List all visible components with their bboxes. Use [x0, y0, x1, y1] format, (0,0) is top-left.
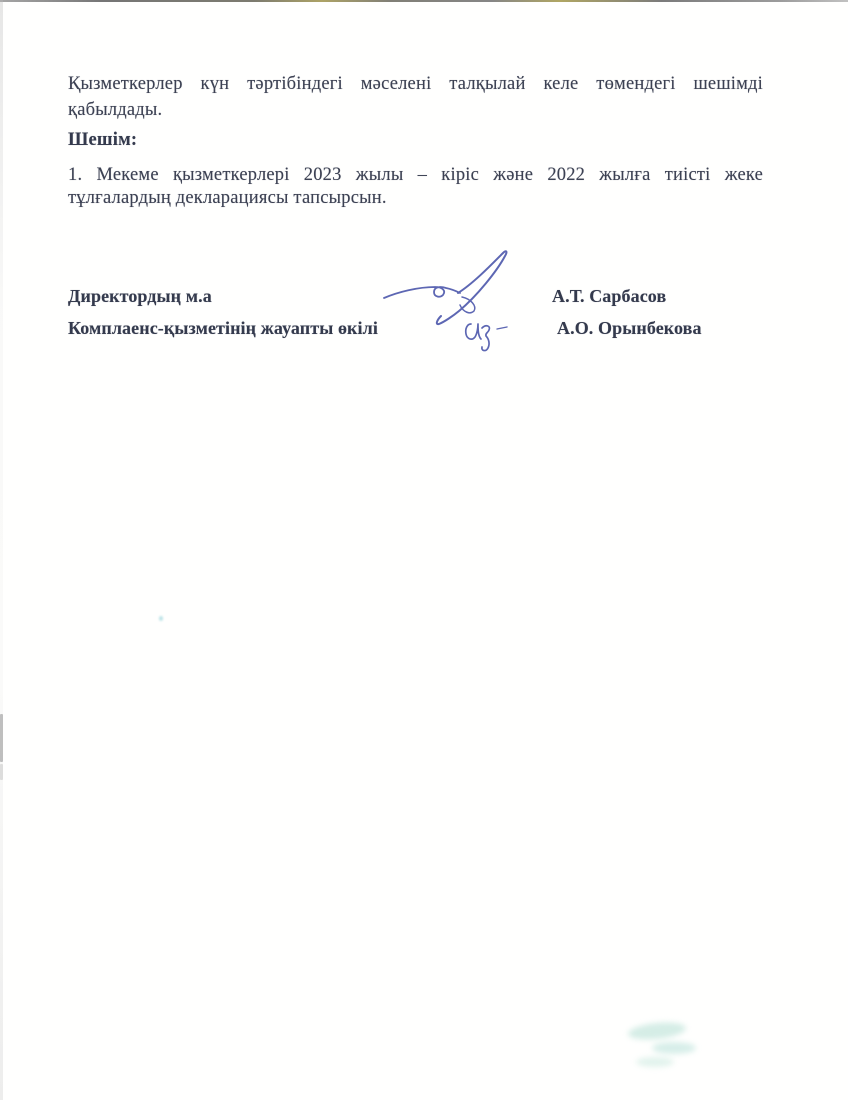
signature-title-compliance: Комплаенс-қызметінің жауапты өкілі — [68, 318, 378, 339]
scanned-document-page: Қызметкерлер күн тәртібіндегі мәселені т… — [0, 0, 848, 1100]
signature-name-compliance: А.О. Орынбекова — [557, 318, 702, 339]
scan-speck-middle-left — [159, 616, 163, 621]
decision-heading: Шешім: — [68, 130, 137, 151]
intro-paragraph: Қызметкерлер күн тәртібіндегі мәселені т… — [68, 71, 763, 123]
intro-paragraph-line-1: Қызметкерлер күн тәртібіндегі мәселені т… — [68, 71, 763, 97]
intro-paragraph-line-2: қабылдады. — [68, 97, 763, 123]
signature-title-director: Директордың м.а — [68, 286, 212, 307]
signature-name-director: А.Т. Сарбасов — [552, 286, 666, 307]
scan-smudge-bottom-right-2 — [652, 1042, 696, 1054]
compliance-signature-ink — [460, 316, 516, 360]
scan-edge-artifact-left — [0, 0, 3, 1100]
decision-item-paragraph: 1. Мекеме қызметкерлері 2023 жылы – кірі… — [68, 164, 763, 210]
scan-smudge-bottom-right-3 — [636, 1057, 674, 1067]
decision-item-line-1: 1. Мекеме қызметкерлері 2023 жылы – кірі… — [68, 164, 763, 187]
scan-mark-left — [0, 714, 3, 762]
decision-item-line-2: тұлғалардың декларациясы тапсырсын. — [68, 187, 763, 210]
document-content: Қызметкерлер күн тәртібіндегі мәселені т… — [68, 0, 763, 1100]
scan-mark-left-faint — [0, 764, 3, 780]
